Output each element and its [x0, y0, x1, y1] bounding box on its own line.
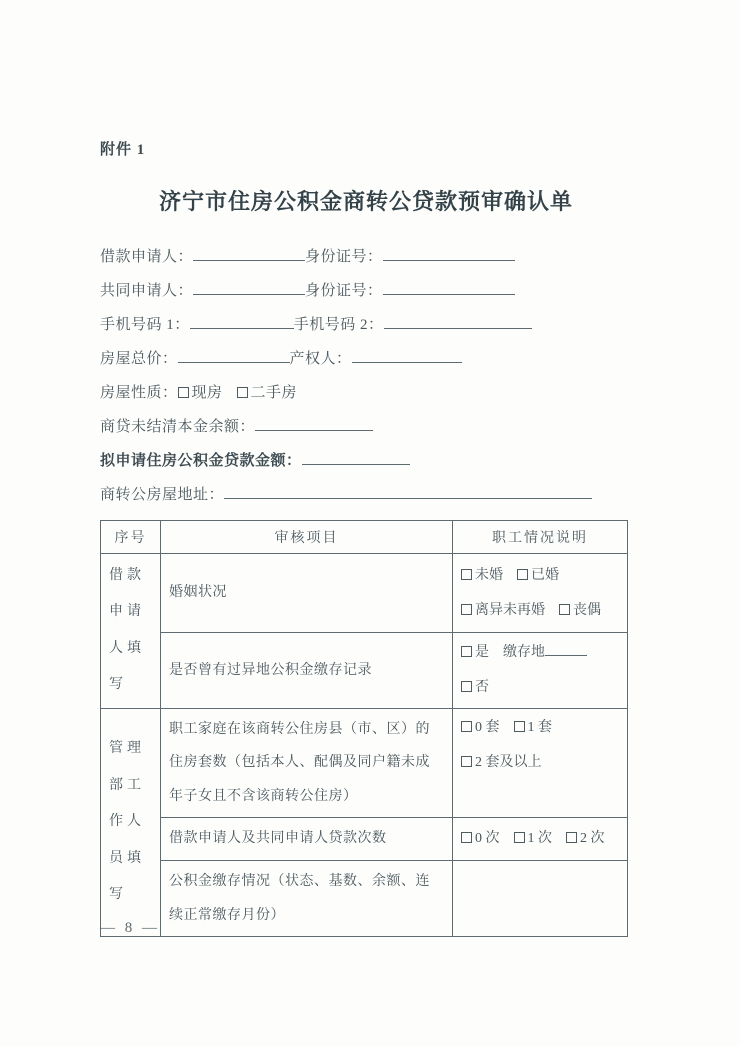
house-type-option-existing: 现房 — [178, 385, 223, 401]
option-label: 1 次 — [528, 831, 553, 846]
item-family-house-count: 职工家庭在该商转公住房县（市、区）的住房套数（包括本人、配偶及同户籍未成年子女且… — [161, 708, 453, 818]
checkbox-icon — [514, 832, 525, 843]
loan-count-line: 0 次1 次2 次 — [461, 830, 619, 848]
group-label: 借款申请人填写 — [109, 558, 161, 704]
house-address-label: 商转公房屋地址： — [100, 487, 224, 503]
option-label: 2 次 — [580, 831, 605, 846]
borrower-name-blank — [193, 245, 305, 261]
header-review-item: 审核项目 — [161, 521, 453, 554]
remote-deposit-yes-line: 是缴存地 — [461, 644, 619, 662]
house-type-option-secondhand: 二手房 — [237, 385, 298, 401]
phone2-blank — [384, 313, 532, 329]
table-header-row: 序号 审核项目 职工情况说明 — [101, 521, 628, 554]
form-line-outstanding-principal: 商贷未结清本金余额： — [100, 412, 632, 446]
header-seq: 序号 — [101, 521, 161, 554]
remote-deposit-no-line: 否 — [461, 679, 619, 697]
owner-label: 产权人： — [290, 351, 352, 367]
coapplicant-id-blank — [383, 279, 515, 295]
checkbox-icon — [237, 387, 248, 398]
item-remote-deposit-record: 是否曾有过异地公积金缴存记录 — [161, 633, 453, 708]
status-house-count-options: 0 套1 套 2 套及以上 — [453, 708, 628, 818]
item-loan-times: 借款申请人及共同申请人贷款次数 — [161, 818, 453, 861]
phone1-blank — [190, 313, 294, 329]
checkbox-icon — [461, 832, 472, 843]
loan-amount-blank — [302, 449, 410, 465]
option-widowed: 丧偶 — [559, 603, 601, 618]
checkbox-icon — [566, 832, 577, 843]
deposit-place-label: 缴存地 — [503, 645, 545, 660]
option-label: 否 — [475, 680, 489, 695]
owner-blank — [352, 347, 462, 363]
option-label: 1 套 — [528, 720, 553, 735]
house-address-blank — [224, 483, 592, 499]
table-row-house-count: 管理部工作人员填写 职工家庭在该商转公住房县（市、区）的住房套数（包括本人、配偶… — [101, 708, 628, 818]
option-2-or-more-units: 2 套及以上 — [461, 755, 542, 770]
option-label: 未婚 — [475, 568, 503, 583]
table-row-marital: 借款申请人填写 婚姻状况 未婚已婚 离异未再婚丧偶 — [101, 554, 628, 633]
house-price-label: 房屋总价： — [100, 351, 178, 367]
borrower-id-label: 身份证号： — [305, 249, 383, 265]
option-unmarried: 未婚 — [461, 568, 503, 583]
house-type-label: 房屋性质： — [100, 385, 178, 401]
borrower-id-blank — [383, 245, 515, 261]
option-label: 2 套及以上 — [475, 755, 542, 770]
checkbox-icon — [461, 604, 472, 615]
option-label: 二手房 — [251, 385, 298, 401]
form-line-house-address: 商转公房屋地址： — [100, 480, 632, 514]
checkbox-icon — [461, 756, 472, 767]
item-marital-status: 婚姻状况 — [161, 554, 453, 633]
option-label: 丧偶 — [573, 603, 601, 618]
table-row-loan-count: 借款申请人及共同申请人贷款次数 0 次1 次2 次 — [101, 818, 628, 861]
page-title: 济宁市住房公积金商转公贷款预审确认单 — [100, 185, 632, 216]
checkbox-icon — [461, 569, 472, 580]
checkbox-icon — [559, 604, 570, 615]
borrower-name-label: 借款申请人： — [100, 249, 193, 265]
coapplicant-name-blank — [193, 279, 305, 295]
document-page: 附件 1 济宁市住房公积金商转公贷款预审确认单 借款申请人：身份证号： 共同申请… — [0, 0, 740, 1046]
review-table: 序号 审核项目 职工情况说明 借款申请人填写 婚姻状况 未婚已婚 离异未再婚丧偶 — [100, 520, 628, 937]
document-content: 附件 1 济宁市住房公积金商转公贷款预审确认单 借款申请人：身份证号： 共同申请… — [100, 138, 632, 937]
option-1-time: 1 次 — [514, 831, 553, 846]
marital-options-line2: 离异未再婚丧偶 — [461, 602, 619, 620]
form-line-housetype: 房屋性质：现房二手房 — [100, 378, 632, 412]
group-borrower-fill: 借款申请人填写 — [101, 554, 161, 709]
form-line-borrower: 借款申请人：身份证号： — [100, 242, 632, 276]
phone2-label: 手机号码 2： — [294, 317, 384, 333]
deposit-place-blank — [545, 644, 587, 656]
option-label: 是 — [475, 645, 489, 660]
status-loan-count-options: 0 次1 次2 次 — [453, 818, 628, 861]
option-no: 否 — [461, 680, 489, 695]
option-1-unit: 1 套 — [514, 720, 553, 735]
outstanding-principal-blank — [255, 415, 373, 431]
house-count-line1: 0 套1 套 — [461, 719, 619, 737]
checkbox-icon — [461, 646, 472, 657]
option-label: 0 次 — [475, 831, 500, 846]
option-label: 0 套 — [475, 720, 500, 735]
marital-options-line1: 未婚已婚 — [461, 567, 619, 585]
group-staff-fill: 管理部工作人员填写 — [101, 708, 161, 937]
outstanding-principal-label: 商贷未结清本金余额： — [100, 419, 255, 435]
attachment-label: 附件 1 — [100, 138, 632, 159]
option-label: 已婚 — [531, 568, 559, 583]
form-line-loan-amount: 拟申请住房公积金贷款金额： — [100, 446, 632, 480]
status-marital-options: 未婚已婚 离异未再婚丧偶 — [453, 554, 628, 633]
item-fund-deposit-status: 公积金缴存情况（状态、基数、余额、连续正常缴存月份） — [161, 860, 453, 936]
form-line-houseprice: 房屋总价：产权人： — [100, 344, 632, 378]
group-label: 管理部工作人员填写 — [109, 731, 161, 913]
header-employee-status: 职工情况说明 — [453, 521, 628, 554]
option-0-times: 0 次 — [461, 831, 500, 846]
option-label: 现房 — [192, 385, 223, 401]
checkbox-icon — [461, 721, 472, 732]
option-married: 已婚 — [517, 568, 559, 583]
coapplicant-id-label: 身份证号： — [305, 283, 383, 299]
option-2-times: 2 次 — [566, 831, 605, 846]
coapplicant-name-label: 共同申请人： — [100, 283, 193, 299]
checkbox-icon — [178, 387, 189, 398]
page-number: — 8 — — [100, 920, 160, 937]
checkbox-icon — [461, 681, 472, 692]
house-price-blank — [178, 347, 290, 363]
option-label: 离异未再婚 — [475, 603, 545, 618]
option-yes: 是 — [461, 645, 489, 660]
phone1-label: 手机号码 1： — [100, 317, 190, 333]
checkbox-icon — [517, 569, 528, 580]
status-remote-deposit-options: 是缴存地 否 — [453, 633, 628, 708]
table-row-remote-deposit: 是否曾有过异地公积金缴存记录 是缴存地 否 — [101, 633, 628, 708]
loan-amount-label: 拟申请住房公积金贷款金额： — [100, 453, 302, 469]
option-divorced-not-remarried: 离异未再婚 — [461, 603, 545, 618]
form-line-coapplicant: 共同申请人：身份证号： — [100, 276, 632, 310]
house-count-line2: 2 套及以上 — [461, 754, 619, 772]
form-line-phones: 手机号码 1：手机号码 2： — [100, 310, 632, 344]
table-row-deposit-status: 公积金缴存情况（状态、基数、余额、连续正常缴存月份） — [101, 860, 628, 936]
checkbox-icon — [514, 721, 525, 732]
status-deposit-empty — [453, 860, 628, 936]
option-0-units: 0 套 — [461, 720, 500, 735]
